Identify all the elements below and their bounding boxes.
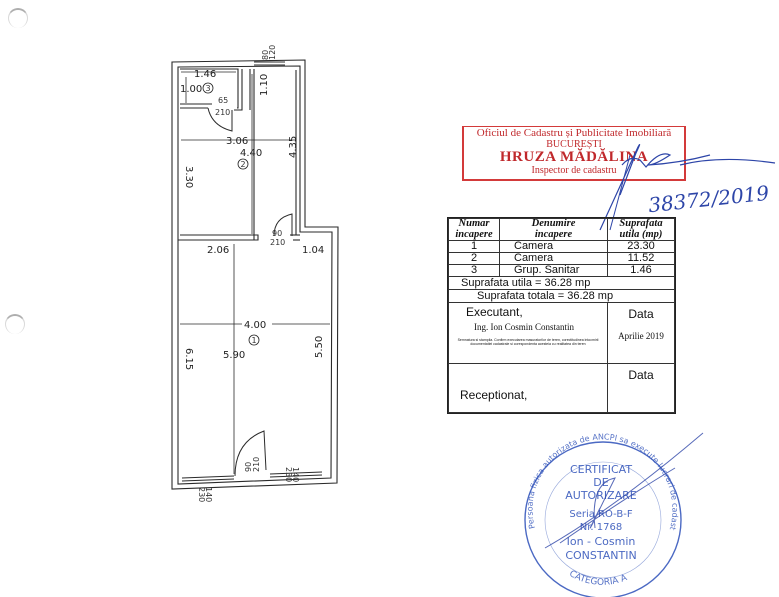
receptionat-row: Receptionat, Data bbox=[449, 364, 675, 413]
executant-row: Executant, Ing. Ion Cosmin Constantin Se… bbox=[449, 303, 675, 364]
dim-room1-width: 4.00 bbox=[244, 320, 266, 331]
receptionat-date-cell: Data bbox=[608, 364, 675, 413]
room-1-marker: 1 bbox=[252, 336, 257, 345]
dim-room1-right-seg: 1.04 bbox=[302, 245, 324, 256]
dim-bath-door-h: 210 bbox=[215, 108, 230, 117]
row-name: Camera bbox=[500, 241, 608, 253]
seal-bottom-text: CATEGORIA A bbox=[567, 569, 629, 588]
dim-bath-height: 1.00 bbox=[180, 84, 202, 95]
room-2-marker: 2 bbox=[241, 160, 246, 169]
executant-cell: Executant, Ing. Ion Cosmin Constantin Se… bbox=[449, 303, 608, 364]
dim-win-right-h: 230 bbox=[284, 467, 293, 482]
dim-room2-right: 4.35 bbox=[288, 136, 299, 158]
row-area: 11.52 bbox=[608, 253, 675, 265]
receptionat-label: Receptionat, bbox=[452, 388, 604, 402]
dim-door2-h: 210 bbox=[270, 238, 285, 247]
table-row: 1 Camera 23.30 bbox=[449, 241, 675, 253]
row-nr: 3 bbox=[449, 265, 500, 277]
dim-bath-door-w: 65 bbox=[218, 96, 228, 105]
dim-room1-right: 5.50 bbox=[314, 336, 325, 358]
header-denumire: Denumireincapere bbox=[500, 219, 608, 241]
date-value: Aprilie 2019 bbox=[611, 331, 671, 341]
receptionat-date-label: Data bbox=[611, 368, 671, 382]
svg-text:CATEGORIA A: CATEGORIA A bbox=[567, 569, 629, 588]
table-row: 3 Grup. Sanitar 1.46 bbox=[449, 265, 675, 277]
table-header-row: Numarincapere Denumireincapere Suprafata… bbox=[449, 219, 675, 241]
row-name: Camera bbox=[500, 253, 608, 265]
dim-win-left-h: 230 bbox=[197, 487, 206, 502]
receptionat-cell: Receptionat, bbox=[449, 364, 608, 413]
row-name: Grup. Sanitar bbox=[500, 265, 608, 277]
row-area: 23.30 bbox=[608, 241, 675, 253]
seal-line-6: Ion - Cosmin bbox=[567, 535, 636, 548]
dim-hall-height: 1.10 bbox=[259, 74, 270, 96]
dim-room1-left-seg: 2.06 bbox=[207, 245, 229, 256]
area-table: Numarincapere Denumireincapere Suprafata… bbox=[447, 217, 676, 414]
header-suprafata: Suprafatautila (mp) bbox=[608, 219, 675, 241]
dim-room1-left: 6.15 bbox=[183, 348, 194, 370]
seal-line-1: CERTIFICAT bbox=[570, 463, 632, 476]
date-label: Data bbox=[611, 307, 671, 321]
dim-room2-left: 3.30 bbox=[183, 166, 194, 188]
dim-top-window-h: 120 bbox=[268, 45, 277, 60]
suprafata-utila-row: Suprafata utila = 36.28 mp bbox=[449, 277, 675, 290]
row-nr: 2 bbox=[449, 253, 500, 265]
table-row: 2 Camera 11.52 bbox=[449, 253, 675, 265]
suprafata-utila: Suprafata utila = 36.28 mp bbox=[449, 277, 675, 290]
dim-bath-width: 1.46 bbox=[194, 69, 216, 80]
dim-room1-len: 5.90 bbox=[223, 350, 245, 361]
executant-label: Executant, bbox=[452, 305, 604, 319]
seal-line-3: AUTORIZARE bbox=[565, 489, 637, 502]
dim-room2-width: 3.06 bbox=[226, 136, 248, 147]
authorization-seal: Persoana fizica autorizata de ANCPI sa e… bbox=[505, 428, 705, 597]
executant-name: Ing. Ion Cosmin Constantin bbox=[452, 322, 604, 332]
suprafata-totala-row: Suprafata totala = 36.28 mp bbox=[449, 290, 675, 303]
dim-room2-len: 4.40 bbox=[240, 148, 262, 159]
dim-door2-w: 90 bbox=[272, 229, 282, 238]
header-numar: Numarincapere bbox=[449, 219, 500, 241]
executant-date-cell: Data Aprilie 2019 bbox=[608, 303, 675, 364]
seal-line-5: Nr. 1768 bbox=[580, 522, 622, 533]
room-3-marker: 3 bbox=[206, 84, 211, 93]
suprafata-totala: Suprafata totala = 36.28 mp bbox=[449, 290, 675, 303]
row-area: 1.46 bbox=[608, 265, 675, 277]
row-nr: 1 bbox=[449, 241, 500, 253]
executant-note: Semnatura si stampila. Confirm executare… bbox=[452, 338, 604, 346]
dim-door1-h: 210 bbox=[252, 457, 261, 472]
seal-line-7: CONSTANTIN bbox=[565, 549, 636, 562]
